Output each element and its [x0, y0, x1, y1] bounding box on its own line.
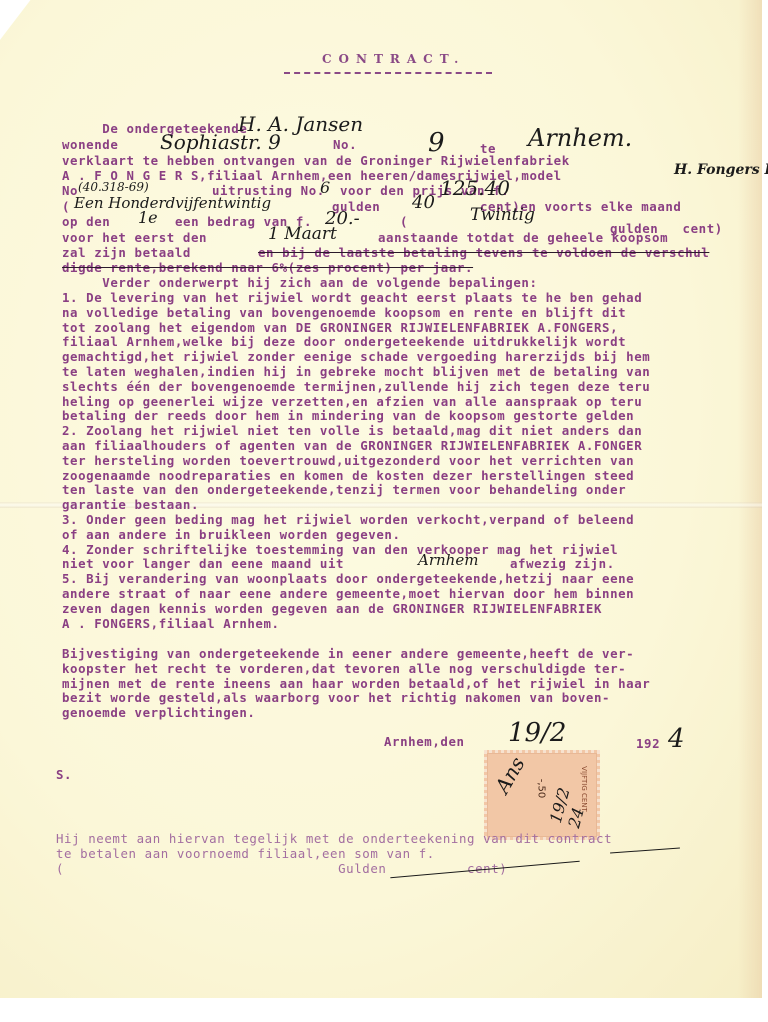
closing-line: bezit worde gesteld,als waarborg voor he…	[62, 691, 650, 706]
header-line-3: verklaart te hebben ontvangen van de Gro…	[62, 154, 570, 169]
footer-block: Hij neemt aan hiervan tegelijk met de on…	[56, 832, 612, 876]
clause-line: betaling der reeds door hem in mindering…	[62, 409, 650, 424]
clause-line: 1. De levering van het rijwiel wordt gea…	[62, 291, 650, 306]
clause-line: 5. Bij verandering van woonplaats door o…	[62, 572, 650, 587]
revenue-stamp: Ans -,50 19/2 24 VIJFTIG CENT	[484, 750, 600, 840]
struck-text-1: en bij de laatste betaling tevens te vol…	[258, 246, 709, 261]
clause-line: aan filiaalhouders of agenten van de GRO…	[62, 439, 650, 454]
clause-line: na volledige betaling van bovengenoemde …	[62, 306, 650, 321]
clause-line: 2. Zoolang het rijwiel niet ten volle is…	[62, 424, 650, 439]
paper-edge-shadow	[738, 0, 762, 998]
amount-paren: (	[400, 215, 408, 230]
koopsom-label: aanstaande totdat de geheele koopsom	[378, 231, 668, 246]
signature-label: S.	[56, 768, 72, 783]
op-den-label: op den	[62, 215, 110, 230]
clauses-block: 1. De levering van het rijwiel wordt gea…	[62, 291, 650, 631]
price-words-paren: (	[62, 200, 70, 215]
payment-day: 1e	[138, 208, 158, 227]
struck-text-2: digde rente,berekend naar 6%(zes procent…	[62, 261, 473, 276]
first-payment-date: 1 Maart	[268, 224, 337, 244]
stamp-date: 19/2 24	[546, 770, 596, 830]
price-words: Een Honderdvijfentwintig	[74, 194, 271, 212]
clause-line: niet voor langer dan eene maand uit	[62, 557, 344, 572]
clause-4-suffix: afwezig zijn.	[510, 557, 615, 572]
title-underline	[284, 72, 492, 74]
document-title: CONTRACT.	[322, 52, 465, 66]
stamp-value: -,50	[535, 779, 546, 799]
clause-line: ten laste van den ondergeteekende,tenzij…	[62, 483, 650, 498]
city: Arnhem.	[528, 124, 632, 152]
footer-line: te betalen aan voornoemd filiaal,een som…	[56, 847, 612, 862]
clause-line: zeven dagen kennis worden gegeven aan de…	[62, 602, 650, 617]
clause-line: slechts één der bovengenoemde termijnen,…	[62, 380, 650, 395]
clause-line: 4. Zonder schriftelijke toestemming van …	[62, 543, 650, 558]
closing-line: Bijvestiging van ondergeteekende in eene…	[62, 647, 650, 662]
clause-line: garantie bestaan.	[62, 498, 650, 513]
price-value: 125.40	[440, 176, 510, 200]
wonende-label: wonende	[62, 138, 118, 153]
uitrusting-number: 6	[320, 178, 330, 197]
clause-line: of aan andere in bruikleen worden gegeve…	[62, 528, 650, 543]
clause-line: A . FONGERS,filiaal Arnhem.	[62, 617, 650, 632]
clause-line: tot zoolang het eigendom van DE GRONINGE…	[62, 321, 650, 336]
cents-value: 40	[412, 192, 435, 213]
closing-line: koopster het recht te vorderen,dat tevor…	[62, 662, 650, 677]
clause-line: heling op geenerlei wijze verzetten,en a…	[62, 395, 650, 410]
date-handwritten: 19/2	[508, 718, 566, 748]
frame-number: (40.318-69)	[78, 180, 149, 194]
clause-line: zoogenaamde noodreparaties en komen de k…	[62, 469, 650, 484]
first-payment-label: voor het eerst den	[62, 231, 207, 246]
clause-line: andere straat of naar eene andere gemeen…	[62, 587, 650, 602]
model-handwritten: H. Fongers H	[674, 162, 768, 178]
clause-line: te laten weghalen,indien hij in gebreke …	[62, 365, 650, 380]
monthly-amount-words: Twintig	[470, 205, 535, 225]
street-address: Sophiastr. 9	[160, 130, 281, 154]
footer-line: ( Gulden cent)	[56, 862, 612, 877]
closing-paragraph: Bijvestiging van ondergeteekende in eene…	[62, 647, 650, 721]
closing-line: mijnen met de rente ineens aan haar word…	[62, 677, 650, 692]
no-label: No.	[333, 138, 357, 153]
place-date-label: Arnhem,den	[384, 735, 465, 750]
year-handwritten: 4	[668, 724, 685, 754]
footer-line: Hij neemt aan hiervan tegelijk met de on…	[56, 832, 612, 847]
clause-line: ter hersteling worden toevertrouwd,uitge…	[62, 454, 650, 469]
clause-4-line: niet voor langer dan eene maand uit Arnh…	[62, 557, 650, 572]
clause-line: 3. Onder geen beding mag het rijwiel wor…	[62, 513, 650, 528]
clause-line: gemachtigd,het rijwiel zonder eenige sch…	[62, 350, 650, 365]
clause-line: filiaal Arnhem,welke bij deze door onder…	[62, 335, 650, 350]
intro-line: Verder onderwerpt hij zich aan de volgen…	[62, 276, 538, 291]
stamp-text: VIJFTIG CENT	[580, 766, 588, 812]
stamp-signature: Ans	[490, 753, 530, 798]
clause-4-city: Arnhem	[418, 551, 478, 569]
year-typed: 192	[636, 737, 660, 752]
betaald-label: zal zijn betaald	[62, 246, 191, 261]
